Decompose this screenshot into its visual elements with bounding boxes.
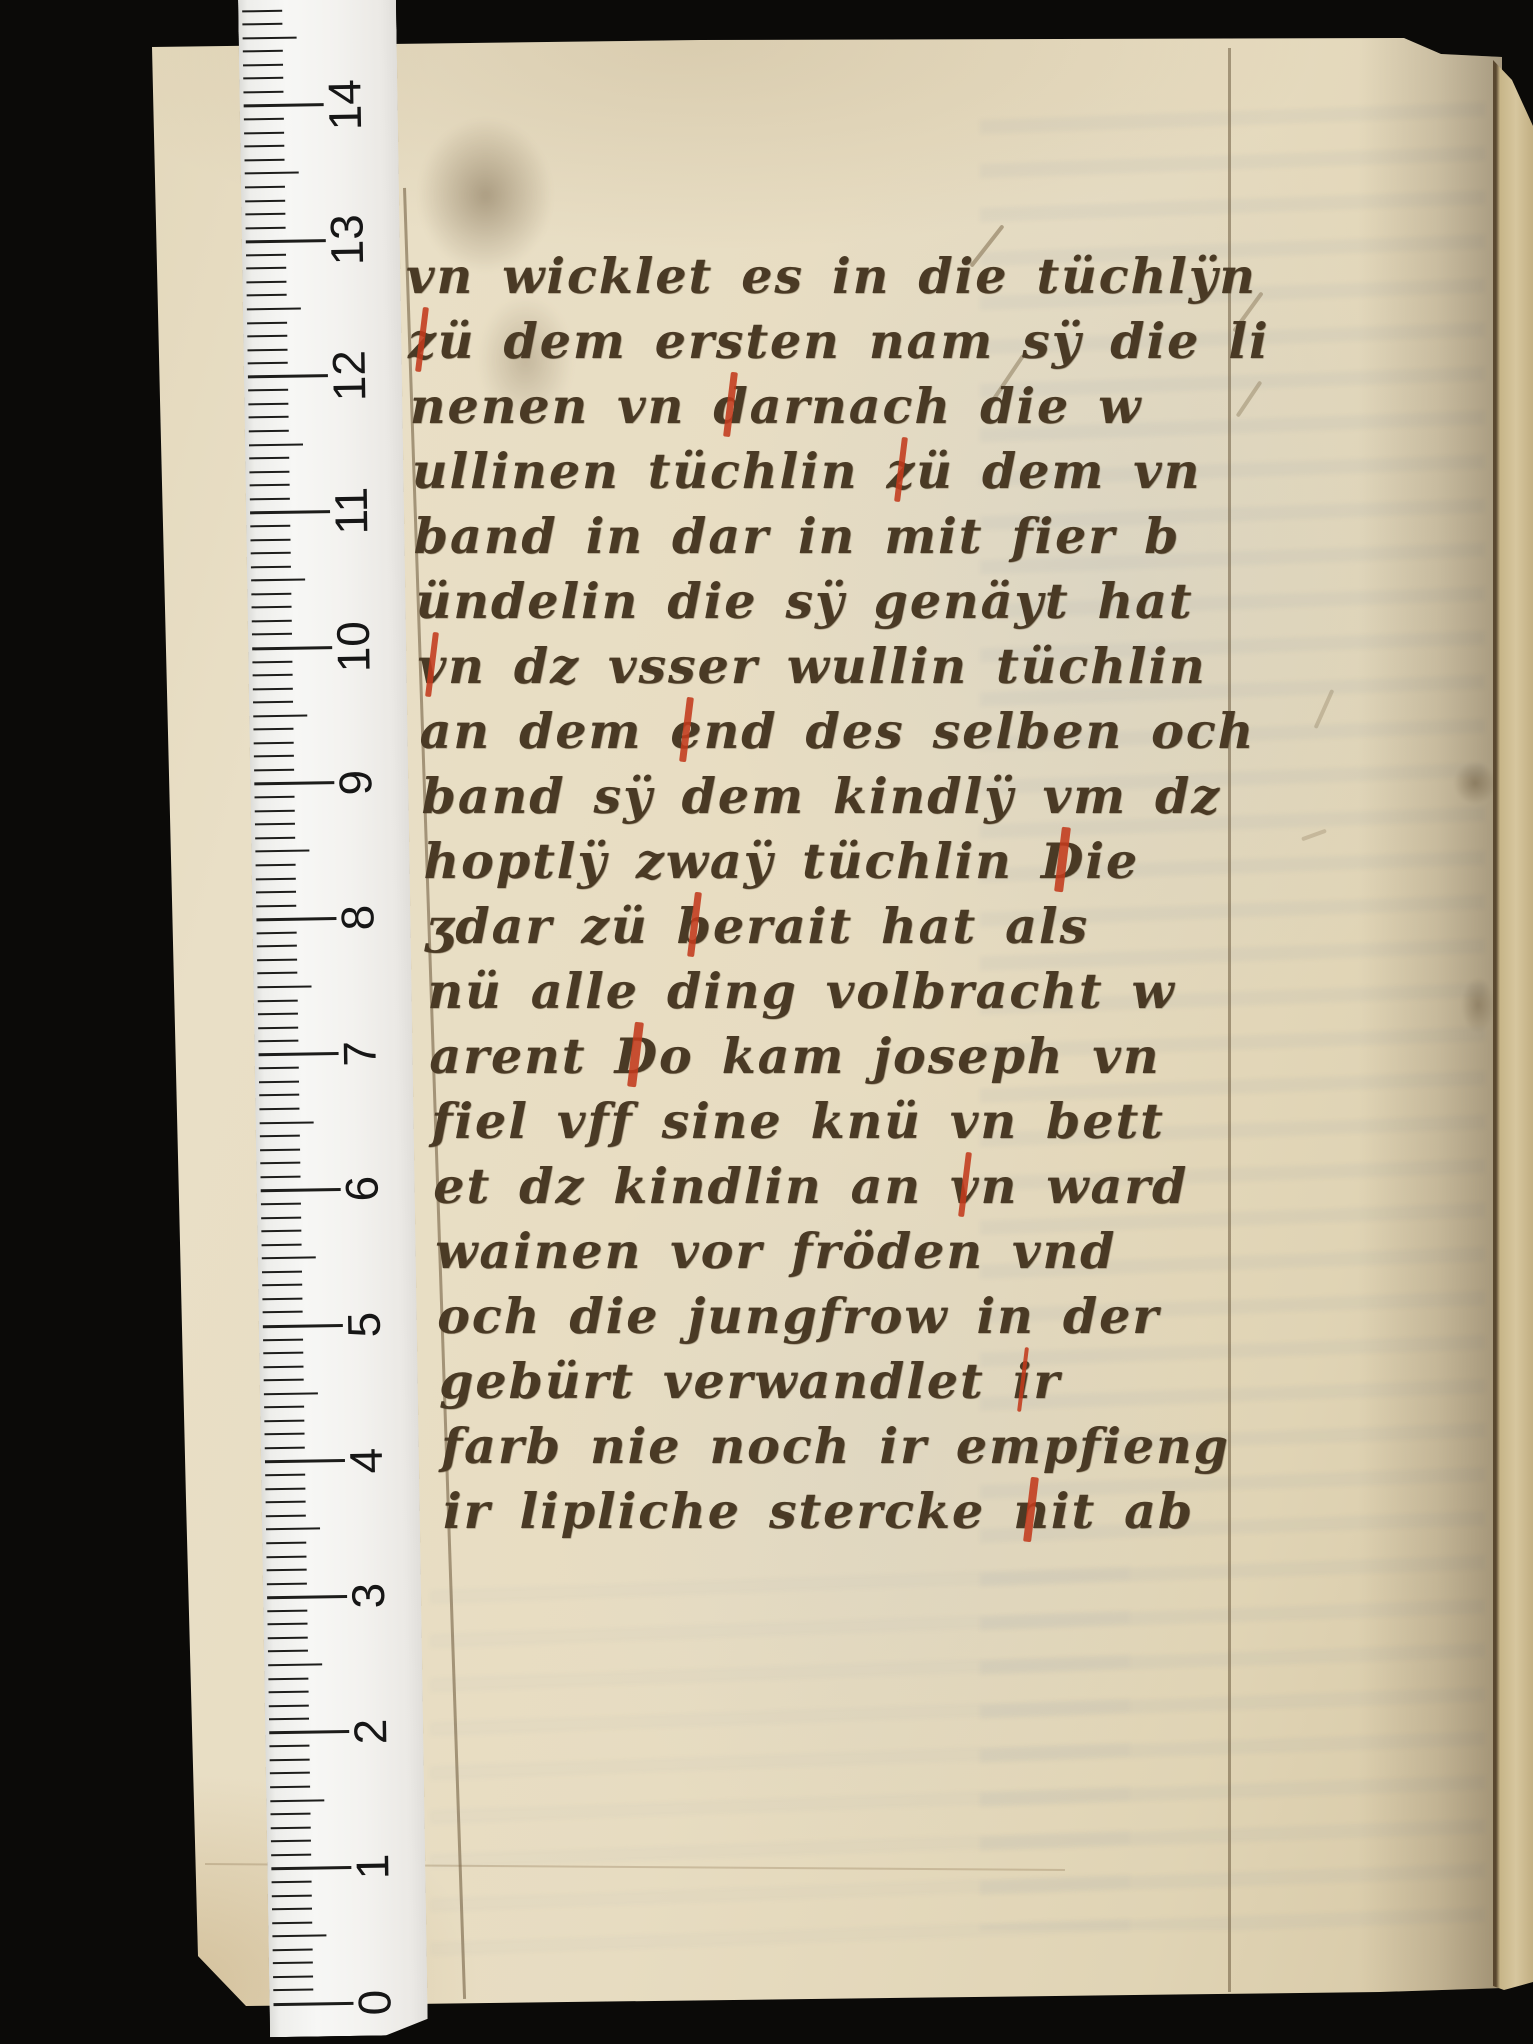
text-segment: farb nie noch ir empfieng xyxy=(441,1417,1230,1475)
ruler-mm-tick xyxy=(262,1257,316,1260)
ruler-mm-tick xyxy=(251,592,291,595)
ruler-number: 14 xyxy=(322,69,367,140)
ruler-mm-tick xyxy=(252,606,292,609)
ruler-mm-tick xyxy=(262,1270,302,1273)
ruler-mm-tick xyxy=(260,1175,300,1178)
manuscript-text-line: zü dem ersten nam sÿ die li xyxy=(408,311,1270,371)
ruler-mm-tick xyxy=(272,1908,312,1911)
ruler-mm-tick xyxy=(265,1487,305,1490)
ruler-mm-tick xyxy=(273,1962,313,1965)
ruler-number: 1 xyxy=(350,1832,395,1903)
ruler-cm-tick xyxy=(261,1188,341,1192)
ruler-mm-tick xyxy=(257,972,297,975)
ruler-mm-tick xyxy=(265,1474,305,1477)
ruler-mm-tick xyxy=(247,348,287,351)
ruler-number: 3 xyxy=(346,1560,391,1631)
ruler-mm-tick xyxy=(245,199,285,202)
manuscript-text: vn wicklet es in die tüchlÿnzü dem erste… xyxy=(0,0,1533,2044)
ruler-mm-tick xyxy=(243,50,283,53)
ruler-mm-tick xyxy=(243,77,283,80)
ruler-mm-tick xyxy=(256,891,296,894)
ruler-mm-tick xyxy=(253,714,307,717)
ruler-mm-tick xyxy=(253,701,293,704)
ruler-mm-tick xyxy=(259,1108,299,1111)
manuscript-text-line: ullinen tüchlin zü dem vn xyxy=(412,441,1202,501)
ruler-number: 11 xyxy=(329,476,374,547)
rubric-mark: d xyxy=(713,377,749,435)
ruler-cm-tick xyxy=(265,1459,345,1463)
ruler-number: 10 xyxy=(331,611,376,682)
text-segment: ü dem vn xyxy=(916,442,1201,500)
ruler-mm-tick xyxy=(251,579,305,582)
ruler-mm-tick xyxy=(252,633,292,636)
ruler-mm-tick xyxy=(272,1935,326,1938)
ruler-cm-tick xyxy=(252,646,332,650)
ruler-mm-tick xyxy=(268,1636,308,1639)
ruler-cm-tick xyxy=(267,1595,347,1599)
ruler-mm-tick xyxy=(244,118,284,121)
ruler-cm-tick xyxy=(248,374,328,378)
ruler-mm-tick xyxy=(249,470,289,473)
text-segment: gebürt verwandlet xyxy=(439,1352,1013,1410)
ruler-cm-tick xyxy=(244,103,324,107)
ruler-mm-tick xyxy=(251,552,291,555)
ruler-mm-tick xyxy=(270,1813,310,1816)
rubric-mark: b xyxy=(677,897,713,955)
ruler-mm-tick xyxy=(246,254,286,257)
manuscript-text-line: farb nie noch ir empfieng xyxy=(441,1416,1230,1476)
ruler-mm-tick xyxy=(264,1406,304,1409)
ruler-cm-tick xyxy=(256,917,336,921)
ruler-mm-tick xyxy=(248,403,288,406)
text-segment: band in dar in mit fier b xyxy=(414,507,1181,565)
ruler-mm-tick xyxy=(249,457,289,460)
manuscript-text-line: fiel vff sine knü vn bett xyxy=(431,1091,1164,1151)
rubric-mark: z xyxy=(886,442,916,500)
text-segment: ü dem ersten nam sÿ die li xyxy=(438,312,1270,370)
ruler-number: 8 xyxy=(335,883,380,954)
ruler-cm-tick xyxy=(246,239,326,243)
ruler-mm-tick xyxy=(272,1881,312,1884)
ruler-mm-tick xyxy=(266,1528,320,1531)
ruler-mm-tick xyxy=(247,308,301,311)
ruler-mm-tick xyxy=(262,1284,302,1287)
manuscript-text-line: ʒdar zü berait hat als xyxy=(426,896,1090,956)
ruler-mm-tick xyxy=(253,728,293,731)
ruler-mm-tick xyxy=(254,769,294,772)
manuscript-text-line: an dem end des selben och xyxy=(420,701,1256,761)
ruler-mm-tick xyxy=(263,1352,303,1355)
ruler-mm-tick xyxy=(255,809,295,812)
ruler-mm-tick xyxy=(263,1338,303,1341)
ruler-mm-tick xyxy=(269,1704,309,1707)
ruler-mm-tick xyxy=(265,1433,305,1436)
ruler-mm-tick xyxy=(269,1745,309,1748)
rubric-mark: z xyxy=(408,312,438,370)
ruler-mm-tick xyxy=(254,755,294,758)
text-segment: an dem xyxy=(420,702,671,760)
ruler-cm-tick xyxy=(254,781,334,785)
ruler-mm-tick xyxy=(259,1067,299,1070)
ruler-mm-tick xyxy=(258,999,298,1002)
manuscript-text-line: gebürt verwandlet ir xyxy=(439,1351,1061,1411)
ruler-mm-tick xyxy=(268,1677,308,1680)
ruler-mm-tick xyxy=(272,1921,312,1924)
text-segment: ie xyxy=(1085,832,1139,890)
manuscript-text-line: och die jungfrow in der xyxy=(437,1286,1160,1346)
ruler-mm-tick xyxy=(245,186,285,189)
ruler-mm-tick xyxy=(258,985,312,988)
text-segment: vn wicklet es in die tüchlÿn xyxy=(406,247,1257,305)
manuscript-page: vn wicklet es in die tüchlÿnzü dem erste… xyxy=(0,0,1533,2044)
manuscript-text-line: hoptlÿ zwaÿ tüchlin Die xyxy=(424,831,1140,891)
ruler-number: 4 xyxy=(343,1425,388,1496)
ruler-mm-tick xyxy=(260,1162,300,1165)
ruler-mm-tick xyxy=(265,1447,305,1450)
ruler-mm-tick xyxy=(250,498,290,501)
rubric-mark: e xyxy=(670,702,703,760)
ruler-mm-tick xyxy=(264,1379,304,1382)
ruler-number: 7 xyxy=(337,1018,382,1089)
ruler-mm-tick xyxy=(249,416,289,419)
ruler-mm-tick xyxy=(242,9,282,12)
text-segment: ʒdar zü xyxy=(426,897,677,955)
ruler-mm-tick xyxy=(250,525,290,528)
text-segment: r xyxy=(1033,1352,1061,1410)
text-segment: ullinen tüchlin xyxy=(412,442,887,500)
ruler-mm-tick xyxy=(248,389,288,392)
text-segment: arnach die w xyxy=(750,377,1143,435)
ruler-mm-tick xyxy=(263,1365,303,1368)
ruler-mm-tick xyxy=(268,1650,308,1653)
text-segment: it ab xyxy=(1051,1482,1194,1540)
gutter-shadow xyxy=(1358,36,1502,1992)
ruler-number: 9 xyxy=(333,747,378,818)
manuscript-text-line: arent Do kam joseph vn xyxy=(429,1026,1160,1086)
ruler-cm-tick xyxy=(273,2001,353,2005)
text-segment: och die jungfrow in der xyxy=(437,1287,1160,1345)
ruler-mm-tick xyxy=(260,1135,300,1138)
ruler-mm-tick xyxy=(245,172,299,175)
manuscript-text-line: nü alle ding volbracht w xyxy=(427,961,1175,1021)
ruler-mm-tick xyxy=(260,1148,300,1151)
manuscript-text-line: wainen vor fröden vnd xyxy=(435,1221,1116,1281)
ruler-mm-tick xyxy=(266,1542,306,1545)
text-segment: nenen vn xyxy=(410,377,713,435)
ruler-mm-tick xyxy=(247,294,287,297)
text-segment: hoptlÿ zwaÿ tüchlin xyxy=(424,832,1041,890)
ruler-cm-tick xyxy=(271,1866,351,1870)
ruler-mm-tick xyxy=(243,91,283,94)
ruler-number: 6 xyxy=(339,1154,384,1225)
ruler-number: 0 xyxy=(352,1967,397,2038)
text-segment: o kam joseph vn xyxy=(659,1027,1161,1085)
text-segment: et dz kindlin an xyxy=(433,1157,950,1215)
ruler-cm-tick xyxy=(259,1052,339,1056)
text-segment: n dz vsser wullin tüchlin xyxy=(448,637,1206,695)
ruler-mm-tick xyxy=(255,837,295,840)
ruler-mm-tick xyxy=(245,159,285,162)
ruler-mm-tick xyxy=(261,1230,301,1233)
ruler-mm-tick xyxy=(249,430,289,433)
ruler-mm-tick xyxy=(269,1718,309,1721)
ruler-mm-tick xyxy=(267,1582,307,1585)
ruler-mm-tick xyxy=(261,1203,301,1206)
ruler-mm-tick xyxy=(246,226,286,229)
ruler-mm-tick xyxy=(257,945,297,948)
ruler-mm-tick xyxy=(250,484,290,487)
ruler-mm-tick xyxy=(247,321,287,324)
text-segment: n ward xyxy=(981,1157,1189,1215)
ruler-mm-tick xyxy=(270,1799,324,1802)
ruler-mm-tick xyxy=(255,850,309,853)
rubric-mark: v xyxy=(418,637,448,695)
ruler-mm-tick xyxy=(253,674,293,677)
ruler-mm-tick xyxy=(247,335,287,338)
ruler-mm-tick xyxy=(250,538,290,541)
ruler-mm-tick xyxy=(252,660,292,663)
ruler-mm-tick xyxy=(262,1243,302,1246)
ruler-mm-tick xyxy=(271,1853,311,1856)
ruler-mm-tick xyxy=(253,687,293,690)
ruler-mm-tick xyxy=(262,1298,302,1301)
ruler-mm-tick xyxy=(266,1514,306,1517)
ruler-mm-tick xyxy=(243,36,297,39)
ruler-mm-tick xyxy=(273,1948,313,1951)
text-segment: erait hat als xyxy=(713,897,1089,955)
text-segment: nd des selben och xyxy=(704,702,1256,760)
ruler-mm-tick xyxy=(273,1989,313,1992)
ruler-mm-tick xyxy=(255,823,295,826)
ruler-mm-tick xyxy=(272,1894,312,1897)
manuscript-text-line: ündelin die sÿ genäyt hat xyxy=(416,571,1194,631)
ruler-mm-tick xyxy=(268,1623,308,1626)
ruler-mm-tick xyxy=(244,132,284,135)
text-segment: ündelin die sÿ genäyt hat xyxy=(416,572,1194,630)
ruler-mm-tick xyxy=(257,959,297,962)
ruler: 01234567891011121314 xyxy=(238,0,428,2037)
manuscript-text-line: band in dar in mit fier b xyxy=(414,506,1181,566)
ruler-mm-tick xyxy=(264,1392,318,1395)
manuscript-text-line: ir lipliche stercke nit ab xyxy=(443,1481,1194,1541)
ruler-mm-tick xyxy=(267,1609,307,1612)
ruler-mm-tick xyxy=(259,1081,299,1084)
ruler-mm-tick xyxy=(271,1840,311,1843)
ruler-mm-tick xyxy=(245,213,285,216)
rubric-mark: D xyxy=(1041,832,1086,890)
text-segment: nü alle ding volbracht w xyxy=(427,962,1175,1020)
text-segment: arent xyxy=(429,1027,614,1085)
ruler-mm-tick xyxy=(263,1311,303,1314)
ruler-mm-tick xyxy=(261,1216,301,1219)
ruler-mm-tick xyxy=(256,877,296,880)
ruler-mm-tick xyxy=(267,1569,307,1572)
ruler-mm-tick xyxy=(268,1663,322,1666)
ruler-mm-tick xyxy=(251,565,291,568)
manuscript-text-line: vn dz vsser wullin tüchlin xyxy=(418,636,1207,696)
ruler-mm-tick xyxy=(258,1026,298,1029)
text-segment: ir lipliche stercke xyxy=(443,1482,1013,1540)
ruler-cm-tick xyxy=(250,510,330,514)
rubric-mark: v xyxy=(950,1157,980,1215)
ruler-mm-tick xyxy=(264,1420,304,1423)
ruler-mm-tick xyxy=(266,1555,306,1558)
manuscript-text-line: et dz kindlin an vn ward xyxy=(433,1156,1188,1216)
ruler-mm-tick xyxy=(258,1013,298,1016)
rubric-mark: i xyxy=(1013,1352,1034,1410)
ruler-mm-tick xyxy=(270,1758,310,1761)
ruler-mm-tick xyxy=(244,145,284,148)
text-segment: band sÿ dem kindlÿ vm dz xyxy=(422,767,1221,825)
ruler-number: 13 xyxy=(324,205,369,276)
ruler-mm-tick xyxy=(257,931,297,934)
ruler-mm-tick xyxy=(256,864,296,867)
ruler-mm-tick xyxy=(266,1501,306,1504)
manuscript-text-line: nenen vn darnach die w xyxy=(410,376,1142,436)
ruler-mm-tick xyxy=(258,1040,298,1043)
ruler-mm-tick xyxy=(270,1786,310,1789)
ruler-mm-tick xyxy=(242,23,282,26)
photo-background: vn wicklet es in die tüchlÿnzü dem erste… xyxy=(0,0,1533,2044)
ruler-cm-tick xyxy=(269,1730,349,1734)
manuscript-text-line: vn wicklet es in die tüchlÿn xyxy=(406,246,1257,306)
ruler-mm-tick xyxy=(269,1691,309,1694)
ruler-mm-tick xyxy=(270,1772,310,1775)
ruler-mm-tick xyxy=(243,64,283,67)
ruler-mm-tick xyxy=(256,904,296,907)
ruler-mm-tick xyxy=(252,620,292,623)
ruler-mm-tick xyxy=(271,1826,311,1829)
ruler-mm-tick xyxy=(246,267,286,270)
rubric-mark: n xyxy=(1013,1482,1051,1540)
ruler-mm-tick xyxy=(248,362,288,365)
ruler-mm-tick xyxy=(260,1121,314,1124)
text-segment: fiel vff sine knü vn bett xyxy=(431,1092,1164,1150)
ruler-number: 12 xyxy=(326,340,371,411)
ruler-mm-tick xyxy=(246,281,286,284)
rubric-mark: D xyxy=(614,1027,659,1085)
ruler-mm-tick xyxy=(254,742,294,745)
ruler-mm-tick xyxy=(249,443,303,446)
ruler-mm-tick xyxy=(259,1094,299,1097)
text-segment: wainen vor fröden vnd xyxy=(435,1222,1116,1280)
manuscript-text-line: band sÿ dem kindlÿ vm dz xyxy=(422,766,1221,826)
ruler-number: 5 xyxy=(341,1289,386,1360)
ruler-mm-tick xyxy=(255,796,295,799)
ruler-mm-tick xyxy=(273,1975,313,1978)
ruler-number: 2 xyxy=(348,1696,393,1767)
ruler-cm-tick xyxy=(263,1324,343,1328)
